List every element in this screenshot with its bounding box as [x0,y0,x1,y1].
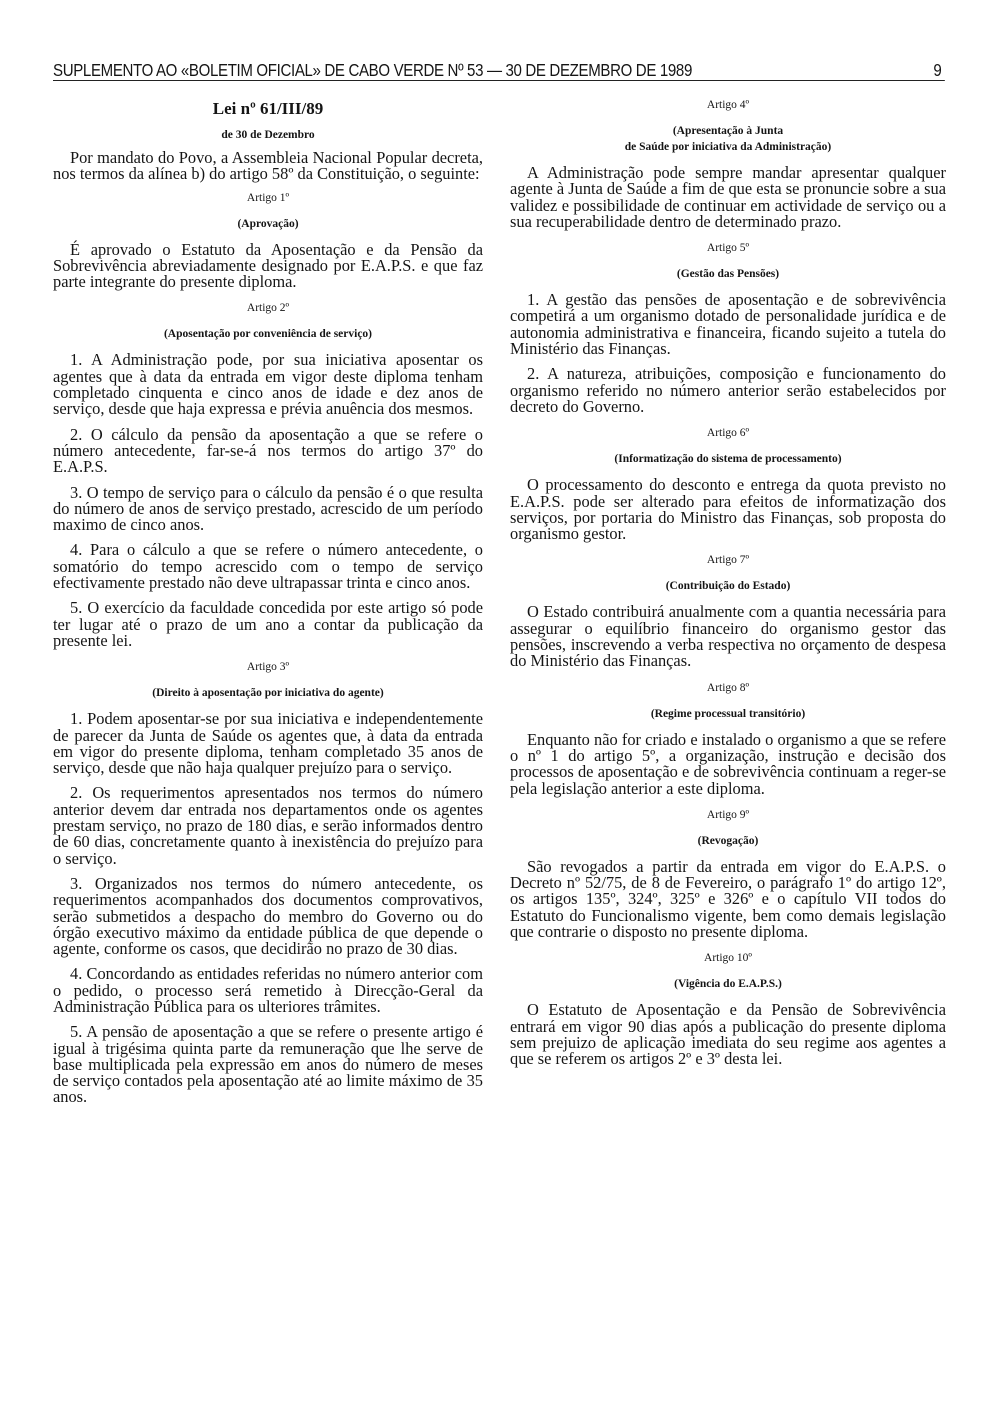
paragraph: É aprovado o Estatuto da Aposentação e d… [53,242,483,291]
article-title: (Revogação) [510,833,946,849]
article-title: (Apresentação à Junta de Saúde por inici… [510,123,946,155]
paragraph: 2. Os requerimentos apresentados nos ter… [53,785,483,866]
article-title-line: de Saúde por iniciativa da Administração… [510,139,946,155]
article-4: Artigo 4º (Apresentação à Junta de Saúde… [510,99,946,230]
article-title: (Regime processual transitório) [510,706,946,722]
paragraph: 3. O tempo de serviço para o cálculo da … [53,485,483,534]
page-number: 9 [933,60,944,80]
article-title: (Aposentação por conveniência de serviço… [53,326,483,342]
article-number: Artigo 2º [53,302,483,314]
article-number: Artigo 1º [53,192,483,204]
paragraph: 1. Podem aposentar-se por sua iniciativa… [53,711,483,776]
article-number: Artigo 6º [510,427,946,439]
paragraph: 4. Para o cálculo a que se refere o núme… [53,542,483,591]
left-column: Lei nº 61/III/89 de 30 de Dezembro Por m… [53,95,483,1115]
article-title: (Contribuição do Estado) [510,578,946,594]
page-header: SUPLEMENTO AO «BOLETIM OFICIAL» DE CABO … [53,60,945,81]
paragraph: 4. Concordando as entidades referidas no… [53,966,483,1015]
article-number: Artigo 9º [510,809,946,821]
paragraph: 5. A pensão de aposentação a que se refe… [53,1024,483,1105]
article-9: Artigo 9º (Revogação) São revogados a pa… [510,809,946,940]
article-3: Artigo 3º (Direito à aposentação por ini… [53,661,483,1106]
article-6: Artigo 6º (Informatização do sistema de … [510,427,946,542]
paragraph: 1. A Administração pode, por sua iniciat… [53,352,483,417]
preamble: Por mandato do Povo, a Assembleia Nacion… [53,150,483,183]
paragraph: São revogados a partir da entrada em vig… [510,859,946,940]
article-number: Artigo 10º [510,952,946,964]
article-number: Artigo 5º [510,242,946,254]
article-8: Artigo 8º (Regime processual transitório… [510,682,946,797]
paragraph: 5. O exercício da faculdade concedida po… [53,600,483,649]
article-5: Artigo 5º (Gestão das Pensões) 1. A gest… [510,242,946,415]
article-title: (Vigência do E.A.P.S.) [510,976,946,992]
article-number: Artigo 8º [510,682,946,694]
article-title: (Informatização do sistema de processame… [510,451,946,467]
article-1: Artigo 1º (Aprovação) É aprovado o Estat… [53,192,483,291]
article-number: Artigo 7º [510,554,946,566]
law-date: de 30 de Dezembro [53,129,483,141]
paragraph: 2. A natureza, atribuições, composição e… [510,366,946,415]
article-10: Artigo 10º (Vigência do E.A.P.S.) O Esta… [510,952,946,1067]
paragraph: A Administração pode sempre mandar apres… [510,165,946,230]
article-title-line: (Apresentação à Junta [510,123,946,139]
publication-title: SUPLEMENTO AO «BOLETIM OFICIAL» DE CABO … [53,60,692,80]
article-2: Artigo 2º (Aposentação por conveniência … [53,302,483,649]
article-title: (Aprovação) [53,216,483,232]
article-title: (Direito à aposentação por iniciativa do… [53,685,483,701]
paragraph: O Estado contribuirá anualmente com a qu… [510,604,946,669]
article-title: (Gestão das Pensões) [510,266,946,282]
law-title: Lei nº 61/III/89 [53,99,483,119]
paragraph: 2. O cálculo da pensão da aposentação a … [53,427,483,476]
paragraph: O Estatuto de Aposentação e da Pensão de… [510,1002,946,1067]
article-number: Artigo 4º [510,99,946,111]
paragraph: 3. Organizados nos termos do número ante… [53,876,483,957]
article-number: Artigo 3º [53,661,483,673]
paragraph: O processamento do desconto e entrega da… [510,477,946,542]
article-7: Artigo 7º (Contribuição do Estado) O Est… [510,554,946,669]
paragraph: 1. A gestão das pensões de aposentação e… [510,292,946,357]
paragraph: Enquanto não for criado e instalado o or… [510,732,946,797]
right-column: Artigo 4º (Apresentação à Junta de Saúde… [510,95,946,1077]
